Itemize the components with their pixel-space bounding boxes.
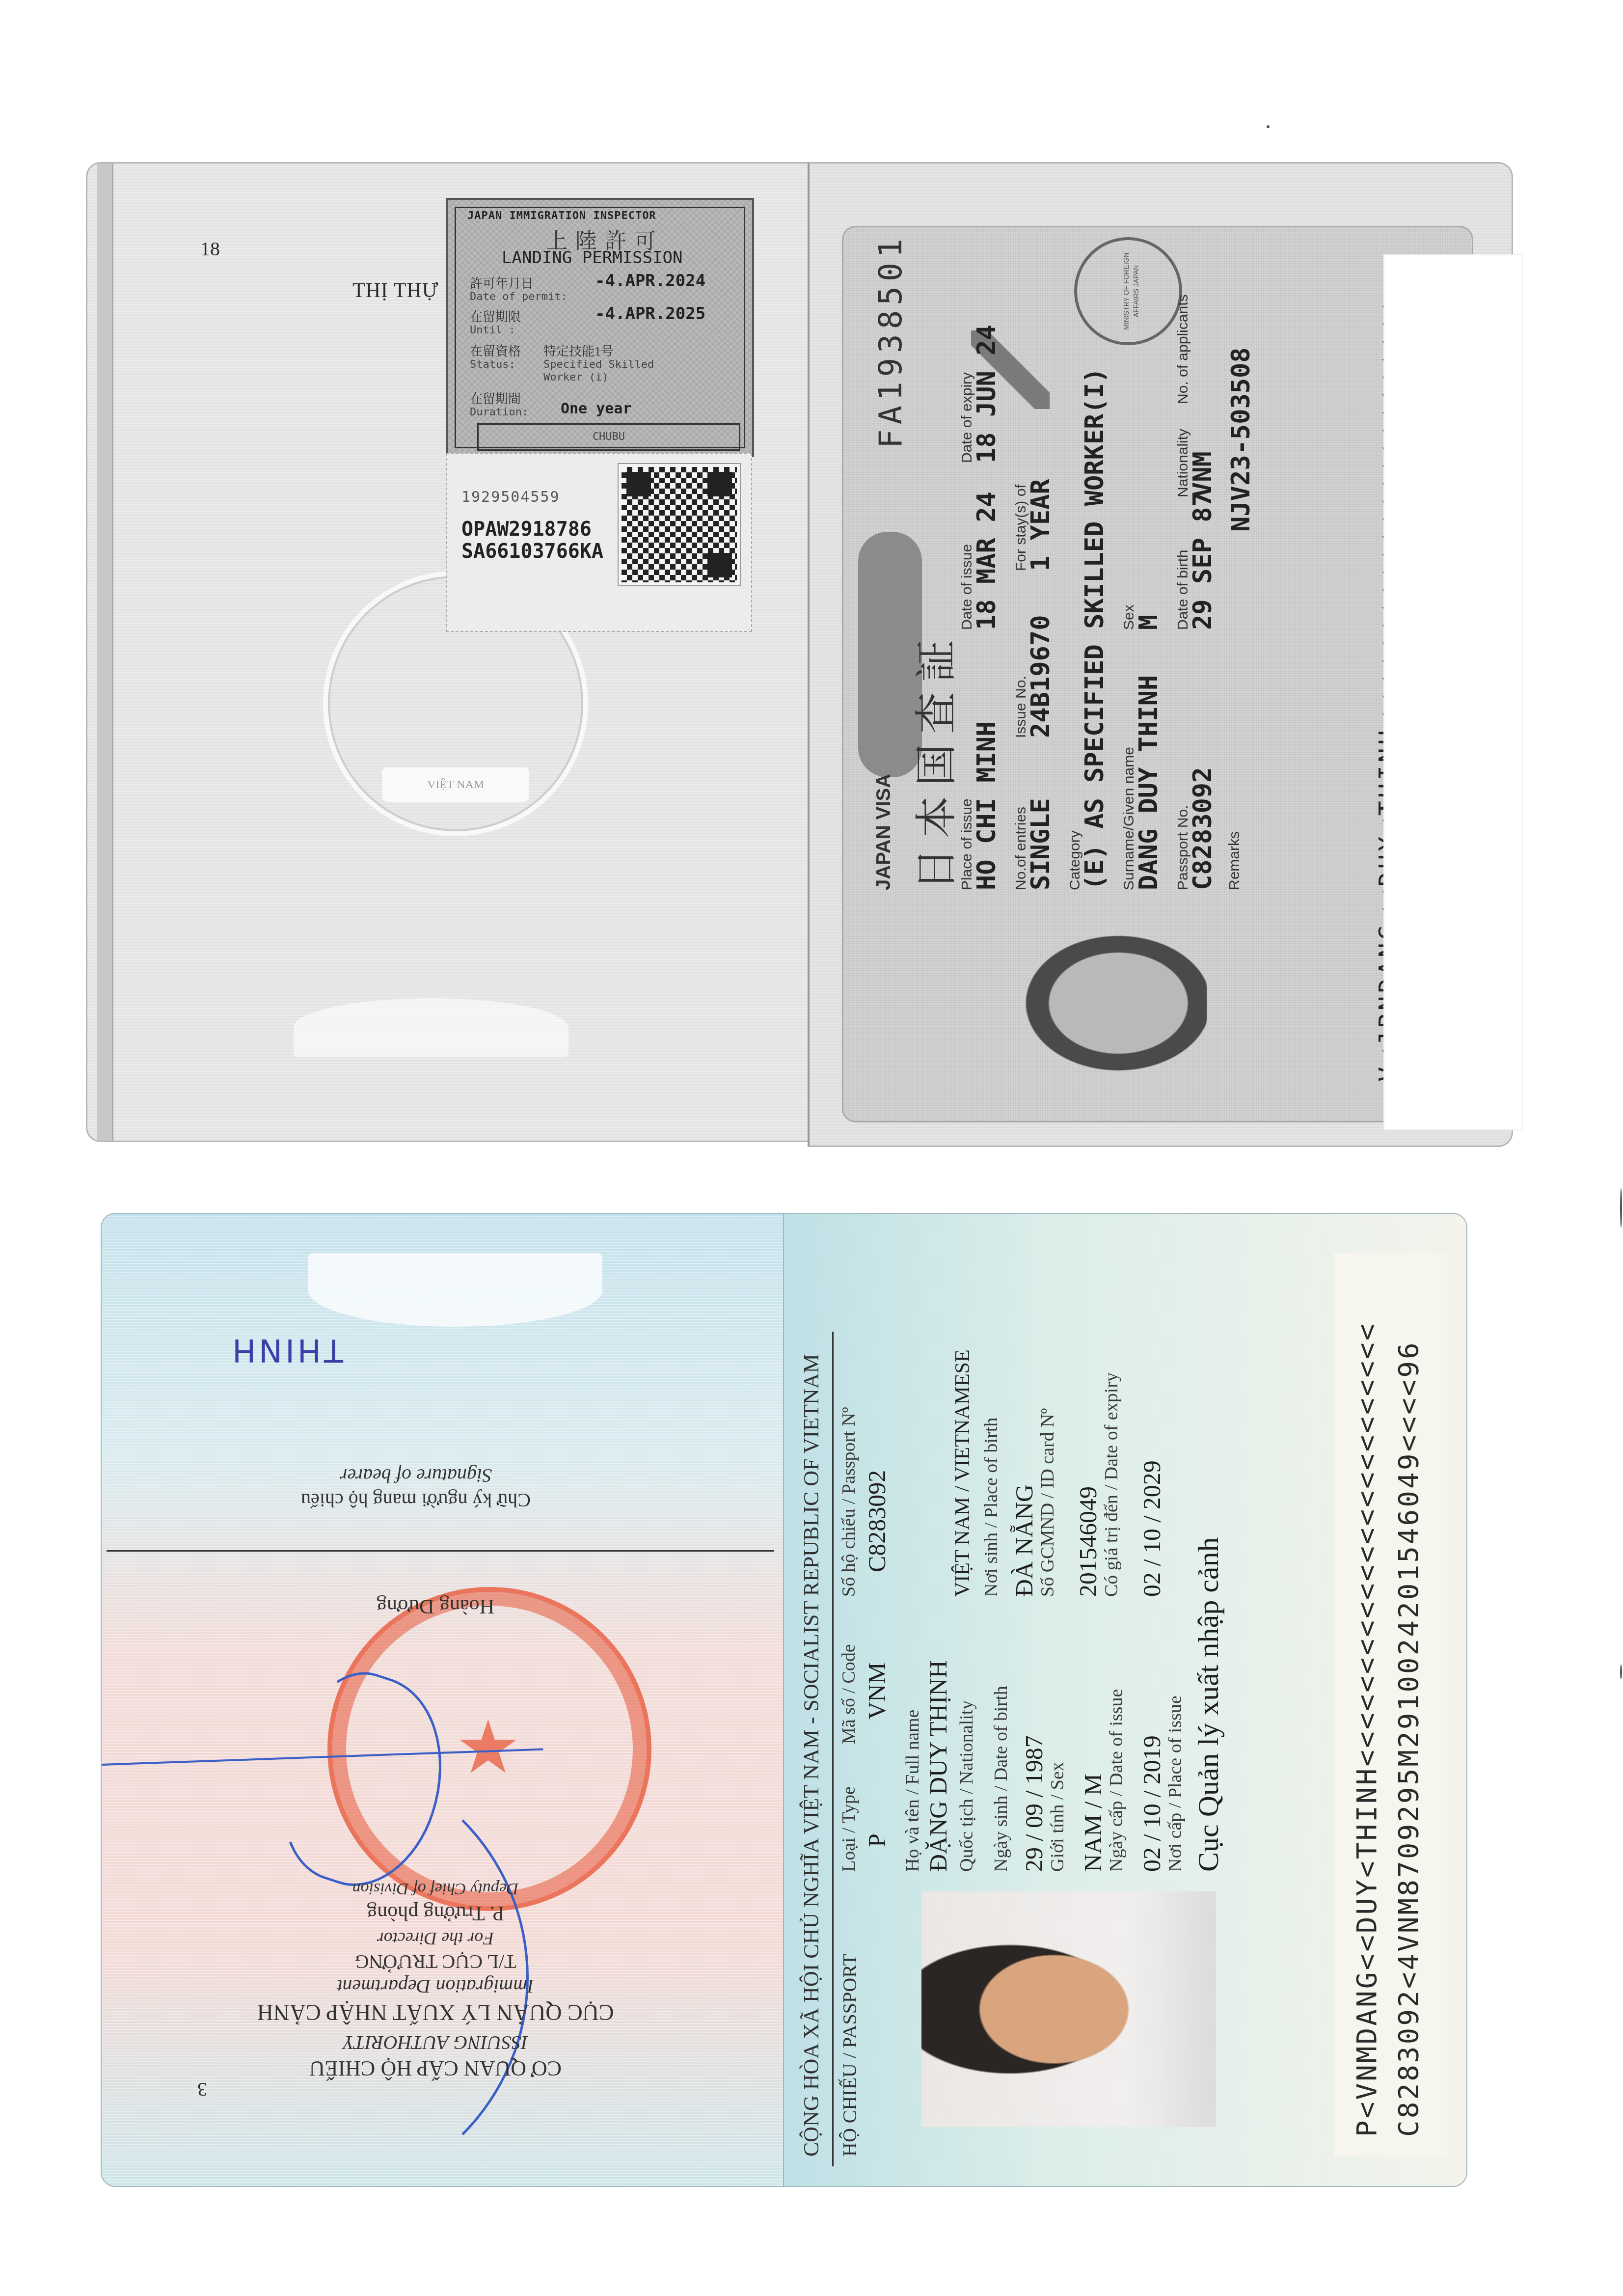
- full-name-label: Họ và tên / Full name: [902, 1710, 923, 1872]
- holder-photo: [921, 1891, 1216, 2127]
- page-divider: [107, 1550, 774, 1552]
- landing-permission-sticker: JAPAN IMMIGRATION INSPECTOR 上陸許可 LANDING…: [446, 198, 750, 630]
- sex-label: Giới tính / Sex: [1047, 1762, 1068, 1872]
- type-label: Loại / Type: [838, 1786, 860, 1872]
- status-value: Specified Skilled Worker (i): [543, 358, 661, 384]
- place-of-issue-value: Cục Quản lý xuất nhập cảnh: [1191, 1537, 1225, 1872]
- mrz-line-2: C8283092<4VNM8709295M2910024201546049<<<…: [1393, 1340, 1425, 2137]
- passport-no-value: C8283092: [863, 1470, 891, 1572]
- official-title-vi: P. Trưởng phòng: [283, 1901, 588, 1925]
- stamp-title: LANDING PERMISSION: [502, 248, 682, 268]
- authority-en: ISSUING AUTHORITY: [283, 2031, 588, 2054]
- visa-title: JAPAN VISA: [873, 774, 895, 890]
- visa-content: JAPAN VISA 日本国査証 FA1938501 MINISTRY OF F…: [843, 227, 1472, 1121]
- category: (E) AS SPECIFIED SKILLED WORKER(I): [1080, 368, 1109, 890]
- nationality: VNM: [1188, 451, 1217, 497]
- department-en: Immigration Department: [234, 1975, 637, 1998]
- page-number: 18: [200, 237, 220, 260]
- official-title-en: Deputy Chief of Division: [283, 1879, 588, 1898]
- date-of-expiry: 18 JUN 24: [972, 325, 1001, 463]
- reference-code-1: OPAW2918786: [461, 518, 592, 541]
- qr-code: [619, 464, 740, 585]
- passport-page-18: 18 THỊ THỰ VIỆT NAM JAPAN IMMIGRATION IN…: [86, 162, 811, 1142]
- until-label: Until :: [470, 324, 515, 336]
- lotus-ornament: [308, 1253, 602, 1327]
- passport-data-spread: THINH Signature of bearer Chữ ký người m…: [101, 1213, 1465, 2185]
- expiry-value: 02 / 10 / 2029: [1137, 1460, 1166, 1597]
- emblem-ribbon-text: VIỆT NAM: [382, 767, 529, 802]
- status-label-jp: 在留資格: [470, 341, 521, 359]
- place-of-issue-label: Nơi cấp / Place of issue: [1164, 1695, 1186, 1872]
- lotus-ornament: [294, 998, 568, 1057]
- applicants-label: No. of applicants: [1175, 295, 1191, 404]
- official-name: Hoàng Dương: [283, 1594, 588, 1618]
- code-label: Mã số / Code: [838, 1644, 860, 1744]
- until-label-jp: 在留期限: [470, 307, 521, 325]
- signature-label-vi: Chữ ký người mang hộ chiếu: [229, 1489, 602, 1512]
- for-director-en: For the Director: [283, 1928, 588, 1949]
- for-director-vi: T/L CỤC TRƯỞNG: [283, 1950, 588, 1973]
- status-label: Status:: [470, 358, 515, 371]
- country-header: CỘNG HÒA XÃ HỘI CHỦ NGHĨA VIỆT NAM - SOC…: [799, 1354, 824, 2157]
- until-date: -4.APR.2025: [595, 304, 705, 324]
- stamp-header: JAPAN IMMIGRATION INSPECTOR: [467, 210, 656, 222]
- stay-duration: 1 YEAR: [1026, 479, 1055, 571]
- date-of-permit-label-jp: 許可年月日: [470, 273, 534, 292]
- duration-value: One year: [561, 400, 632, 417]
- date-of-permit-label: Date of permit:: [470, 291, 568, 303]
- issue-date-label: Ngày cấp / Date of issue: [1106, 1689, 1127, 1872]
- visa-number: FA1938501: [873, 234, 909, 448]
- data-page-content: CỘNG HÒA XÃ HỘI CHỦ NGHĨA VIỆT NAM - SOC…: [784, 1214, 1466, 2186]
- id-card-value: 201546049: [1074, 1486, 1102, 1597]
- landing-permission-stamp: JAPAN IMMIGRATION INSPECTOR 上陸許可 LANDING…: [446, 198, 754, 457]
- entries: SINGLE: [1026, 798, 1055, 890]
- duration-label-jp: 在留期間: [470, 389, 521, 407]
- visa-title-kanji: 日本国査証: [902, 630, 963, 890]
- passport-no: C8283092: [1188, 767, 1217, 890]
- passport-no-label: Số hộ chiếu / Passport Nº: [838, 1407, 860, 1597]
- reference-code-2: SA66103766KA: [461, 540, 603, 563]
- port-of-entry: CHUBU: [477, 423, 740, 451]
- place-of-issue: HO CHI MINH: [972, 721, 1001, 890]
- signature-label-en: Signature of bearer: [229, 1464, 602, 1487]
- scan-speck: [1620, 1188, 1622, 1228]
- page-heading: THỊ THỰ: [352, 279, 438, 302]
- visa-spread: 18 THỊ THỰ VIỆT NAM JAPAN IMMIGRATION IN…: [86, 162, 1519, 1154]
- page-binding: [97, 164, 113, 1141]
- id-card-label: Số GCMND / ID card Nº: [1037, 1408, 1058, 1597]
- page-number: 3: [197, 2078, 207, 2101]
- status-value-jp: 特定技能1号: [543, 341, 614, 359]
- sex-value: NAM / M: [1079, 1774, 1107, 1872]
- duration-label: Duration:: [470, 406, 528, 418]
- dob: 29 SEP 87: [1188, 492, 1217, 630]
- remarks-label: Remarks: [1226, 831, 1243, 890]
- code-value: VNM: [863, 1662, 891, 1720]
- japan-visa: JAPAN VISA 日本国査証 FA1938501 MINISTRY OF F…: [842, 226, 1473, 1122]
- document-type-label: HỘ CHIẾU / PASSPORT: [838, 1954, 861, 2157]
- landing-permission-barcode-label: 1929504559 OPAW2918786 SA66103766KA: [446, 453, 752, 632]
- authority-vi: CƠ QUAN CẤP HỘ CHIẾU: [264, 2056, 607, 2081]
- visa-holder-photo: [1010, 925, 1207, 1082]
- passport-page-3: THINH Signature of bearer Chữ ký người m…: [101, 1213, 785, 2187]
- mrz-line-1: P<VNMDANG<<DUY<THINH<<<<<<<<<<<<<<<<<<<<…: [1351, 1322, 1383, 2137]
- scan-speck: [1267, 125, 1270, 128]
- type-value: P: [863, 1833, 891, 1847]
- passport-data-page: CỘNG HÒA XÃ HỘI CHỦ NGHĨA VIỆT NAM - SOC…: [783, 1213, 1467, 2187]
- header-rule: [832, 1332, 834, 2166]
- redaction-block: [1384, 255, 1522, 1129]
- nationality-value: VIỆT NAM / VIETNAMESE: [951, 1349, 974, 1597]
- ministry-seal: MINISTRY OF FOREIGN AFFAIRS JAPAN: [1074, 237, 1182, 345]
- date-of-issue: 18 MAR 24: [972, 492, 1001, 630]
- nationality-label: Quốc tịch / Nationality: [956, 1700, 977, 1872]
- dob-label: Ngày sinh / Date of birth: [990, 1686, 1012, 1872]
- pob-label: Nơi sinh / Place of birth: [980, 1418, 1002, 1597]
- star-icon: ★: [455, 1705, 521, 1790]
- date-of-permit: -4.APR.2024: [595, 271, 705, 291]
- bearer-signature: THINH: [229, 1332, 343, 1368]
- mrz-zone: P<VNMDANG<<DUY<THINH<<<<<<<<<<<<<<<<<<<<…: [1334, 1253, 1447, 2157]
- visa-reference: NJV23-503508: [1226, 347, 1256, 532]
- pob-value: ĐÀ NẴNG: [1010, 1484, 1038, 1597]
- scan-speck: [1620, 1665, 1622, 1679]
- issue-no: 24B19670: [1026, 615, 1055, 738]
- full-name-value: ĐẶNG DUY THỊNH: [924, 1660, 952, 1872]
- holder-name: DANG DUY THINH: [1134, 675, 1163, 890]
- issue-date-value: 02 / 10 / 2019: [1137, 1735, 1166, 1872]
- serial-number: 1929504559: [461, 489, 560, 506]
- department-vi: CỤC QUẢN LÝ XUẤT NHẬP CẢNH: [200, 1999, 671, 2025]
- dob-value: 29 / 09 / 1987: [1020, 1735, 1048, 1872]
- expiry-label: Có giá trị đến / Date of expiry: [1101, 1372, 1122, 1597]
- sex: M: [1134, 615, 1163, 630]
